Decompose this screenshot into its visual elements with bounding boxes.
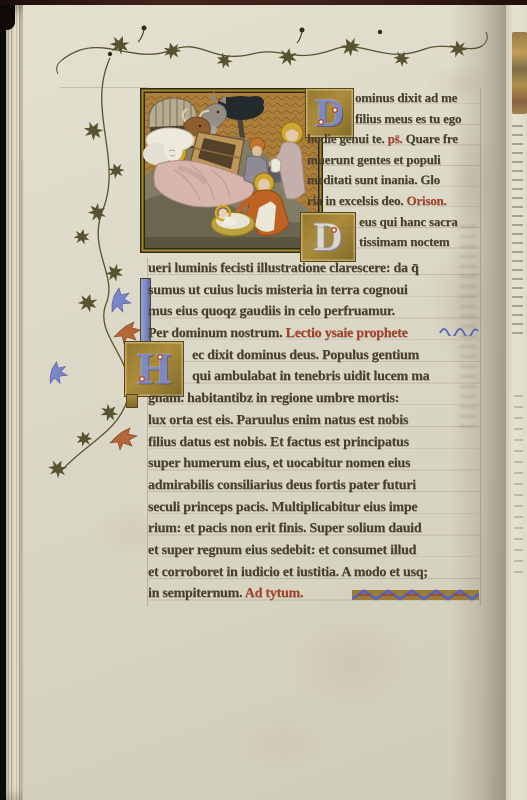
body-text: in sempiternum. xyxy=(148,586,245,601)
body-text: tissimam noctem xyxy=(359,234,450,249)
ivy-vine-left-border xyxy=(18,40,148,490)
body-text: meditati sunt inania. Glo xyxy=(307,172,440,187)
body-text: eus qui hanc sacra xyxy=(359,214,458,229)
body-text: Quare fre xyxy=(406,131,458,146)
facing-page-text-sliver xyxy=(514,395,523,575)
rubric-text: Orison. xyxy=(406,193,446,208)
text-line: lux orta est eis. Paruulus enim natus es… xyxy=(148,410,480,432)
text-line: Per dominum nostrum. Lectio ysaie prophe… xyxy=(148,323,480,345)
text-line: muerunt gentes et populi xyxy=(307,150,480,171)
body-text: Per dominum nostrum. xyxy=(148,326,286,341)
body-text: et super regnum eius sedebit: et consume… xyxy=(148,543,416,558)
body-text: admirabilis consiliarius deus fortis pat… xyxy=(148,478,416,493)
text-line: filius datus est nobis. Et factus est pr… xyxy=(148,432,480,454)
body-text: qui ambulabat in tenebris uidit lucem ma xyxy=(192,369,429,384)
body-text: sumus ut cuius lucis misteria in terra c… xyxy=(148,283,408,298)
initial-foot-ornament xyxy=(126,394,138,408)
binding-top-edge xyxy=(0,0,527,5)
body-text: hodie genui te. xyxy=(307,131,388,146)
body-text: ria in excelsis deo. xyxy=(307,193,406,208)
manuscript-page-photo: D D H ominus dixit ad mefilius meus es t… xyxy=(0,0,527,800)
text-line: meditati sunt inania. Glo xyxy=(307,170,480,191)
body-text: ueri luminis fecisti illustratione clare… xyxy=(148,261,419,276)
body-text: muerunt gentes et populi xyxy=(307,152,441,167)
body-text: lux orta est eis. Paruulus enim natus es… xyxy=(148,413,408,428)
ruling-line xyxy=(480,88,481,606)
body-text: mus eius quoqz gaudiis in celo perfruamu… xyxy=(148,304,395,319)
text-line: rium: et pacis non erit finis. Super sol… xyxy=(148,518,480,540)
text-line: gnam. habitantibz in regione umbre morti… xyxy=(148,388,480,410)
nativity-miniature xyxy=(140,88,323,253)
body-text: et corroboret in iudicio et iustitia. A … xyxy=(148,565,428,580)
body-text: ec dixit dominus deus. Populus gentium xyxy=(192,348,419,363)
main-text-block: ueri luminis fecisti illustratione clare… xyxy=(148,258,480,605)
text-line: seculi princeps pacis. Multiplicabitur e… xyxy=(148,497,480,519)
body-text: filius datus est nobis. Et factus est pr… xyxy=(148,435,409,450)
body-text: filius meus es tu ego xyxy=(355,111,461,126)
text-line: et super regnum eius sedebit: et consume… xyxy=(148,540,480,562)
text-line: ec dixit dominus deus. Populus gentium xyxy=(148,345,480,367)
body-text: super humerum eius, et uocabitur nomen e… xyxy=(148,456,410,471)
text-line: ueri luminis fecisti illustratione clare… xyxy=(148,258,480,280)
text-line: ominus dixit ad me xyxy=(307,88,480,109)
text-line: sumus ut cuius lucis misteria in terra c… xyxy=(148,280,480,302)
rubric-text: Lectio ysaie prophete xyxy=(286,326,408,341)
body-text: rium: et pacis non erit finis. Super sol… xyxy=(148,521,421,536)
text-line: mus eius quoqz gaudiis in celo perfruamu… xyxy=(148,301,480,323)
text-line: hodie genui te. ps̄. Quare fre xyxy=(307,129,480,150)
text-line: filius meus es tu ego xyxy=(307,109,480,130)
quatrefoil-icon xyxy=(139,376,145,382)
text-line: qui ambulabat in tenebris uidit lucem ma xyxy=(148,366,480,388)
body-text: seculi princeps pacis. Multiplicabitur e… xyxy=(148,500,417,515)
text-line: super humerum eius, et uocabitur nomen e… xyxy=(148,453,480,475)
text-line: eus qui hanc sacra xyxy=(307,212,480,233)
blue-squiggle-line-filler xyxy=(438,326,480,336)
text-line: admirabilis consiliarius deus fortis pat… xyxy=(148,475,480,497)
text-line: ria in excelsis deo. Orison. xyxy=(307,191,480,212)
book-spine-shadow xyxy=(0,0,6,800)
facing-page-text-sliver xyxy=(512,125,523,340)
rubric-text: ps̄. xyxy=(388,131,406,146)
text-column-right-of-miniature: ominus dixit ad mefilius meus es tu egoh… xyxy=(307,88,480,253)
text-line: et corroboret in iudicio et iustitia. A … xyxy=(148,562,480,584)
facing-page-ornament xyxy=(512,32,527,114)
body-text: gnam. habitantibz in regione umbre morti… xyxy=(148,391,399,406)
braid-line-filler xyxy=(352,588,479,602)
body-text: ominus dixit ad me xyxy=(355,90,457,105)
text-line: tissimam noctem xyxy=(307,232,480,253)
rubric-text: Ad tytum. xyxy=(245,586,303,601)
